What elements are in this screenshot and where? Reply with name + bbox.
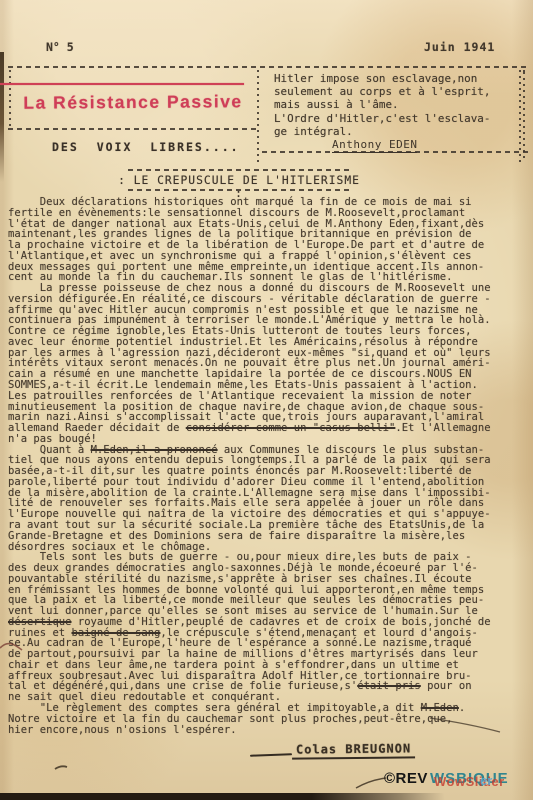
text-line: n'a pas bougé!: [8, 434, 530, 445]
text-line: pouvantable stérilité du nazisme,s'apprê…: [8, 574, 530, 585]
newsletter-title-stamp: La Résistance Passive: [16, 91, 250, 114]
scan-edge-bottom: [0, 793, 445, 800]
scanned-newsletter-page: N° 5 Juin 1941 La Résistance Passive Hit…: [0, 0, 533, 800]
article-body: Deux déclarations historiques ont marqué…: [8, 197, 530, 735]
issue-date: Juin 1941: [424, 42, 495, 53]
center-divider-border: [257, 70, 259, 162]
masthead-red-rule: [0, 83, 244, 85]
quote-attribution: Anthony EDEN: [332, 138, 417, 153]
watermark-prefix: ©REV: [384, 770, 428, 787]
text-line: Les patrouilles renforcées de l'Atlantiq…: [8, 391, 530, 402]
text-line: mais aussi à l'âme.: [274, 98, 522, 111]
frame-top-rule: [8, 66, 528, 68]
text-line: fertile en évènements:le sensationnel di…: [8, 208, 530, 219]
signature-flourish: [250, 753, 292, 756]
text-line: Grande-Bretagne et des Dominions sera de…: [8, 531, 530, 542]
quote-box: Hitler impose son esclavage,nonseulement…: [274, 72, 522, 138]
article-title-bottom-rule: [128, 189, 350, 191]
text-line: hier encore,nous n'osions l'espérer.: [8, 725, 530, 736]
article-title-top-rule: [128, 169, 350, 171]
watermark-overlay-brand: WowSlider: [434, 774, 505, 789]
scan-edge-left: [0, 52, 4, 182]
watermark: ©REV WSBIQUE WowSlider er: [384, 770, 529, 792]
text-line: L'Ordre d'Hitler,c'est l'esclava-: [274, 112, 522, 125]
text-line: Notre victoire et la fin du cauchemar so…: [8, 714, 530, 725]
section-label: DES VOIX LIBRES....: [52, 140, 240, 154]
watermark-overlay-suffix: er: [480, 773, 492, 788]
text-line: Hitler impose son esclavage,non: [274, 72, 522, 85]
signature: Colas BREUGNON: [292, 741, 415, 759]
quote-text: Hitler impose son esclavage,nonseulement…: [274, 72, 522, 138]
text-line: ge intégral.: [274, 125, 522, 138]
text-line: l'Atlantique,et avec un synchronisme qui…: [8, 251, 530, 262]
issue-number: N° 5: [46, 42, 74, 53]
masthead-box-left-border: [9, 70, 11, 128]
masthead-box-bottom-rule: [8, 128, 256, 130]
text-line: seulement au corps et à l'esprit,: [274, 85, 522, 98]
